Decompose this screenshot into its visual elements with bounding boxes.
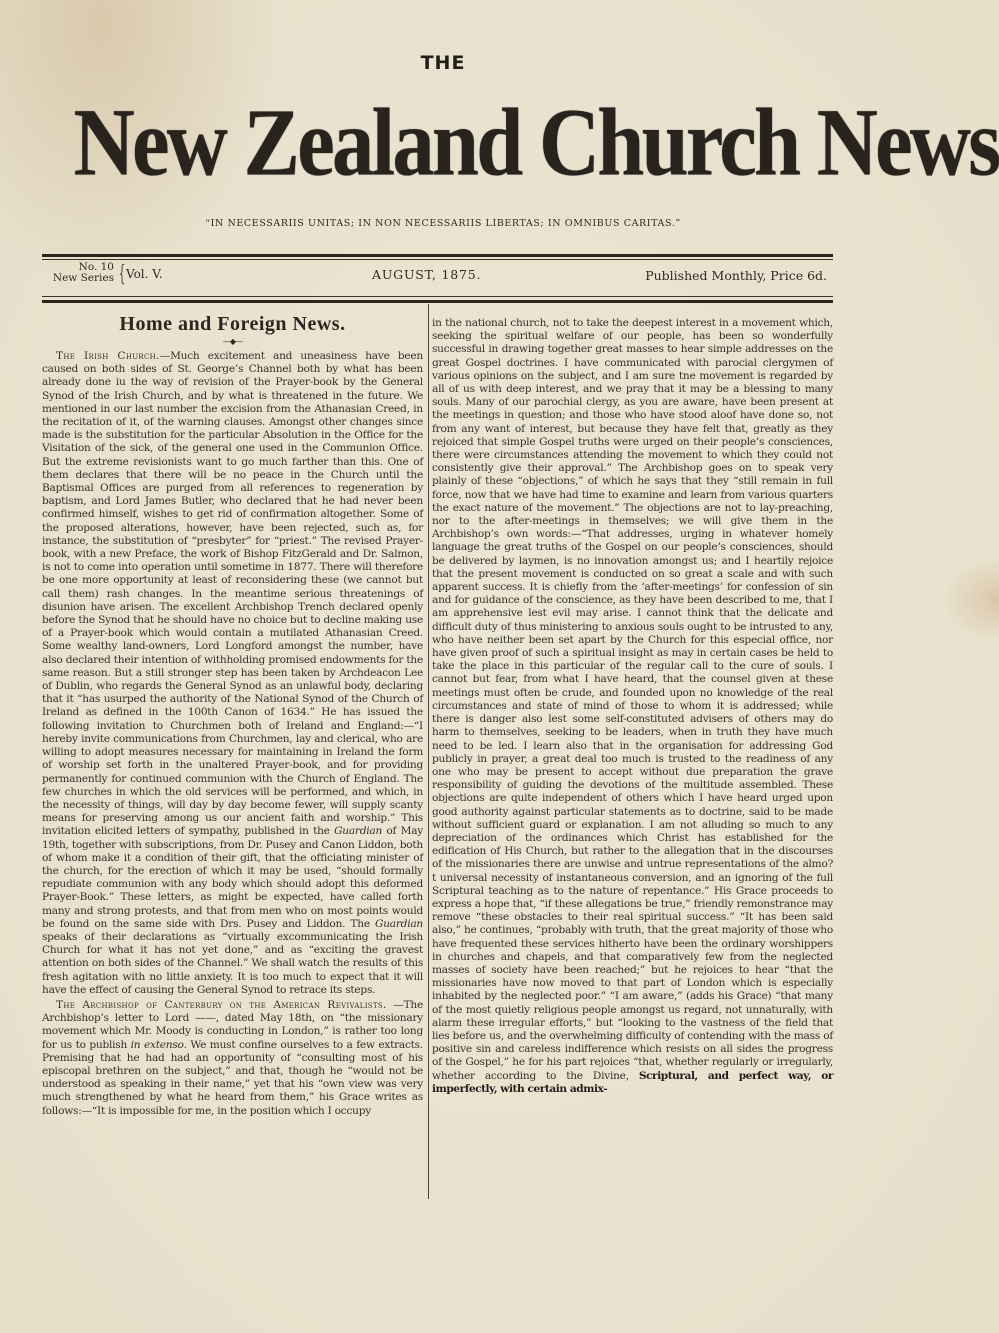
bottom-double-rule bbox=[42, 296, 833, 303]
article-body: speaks of their declarations as “virtual… bbox=[42, 931, 423, 996]
article-archbishop-continued: in the national church, not to take the … bbox=[432, 317, 833, 1096]
column-divider bbox=[428, 304, 429, 1199]
issue-info-bar: No. 10 New Series { Vol. V. AUGUST, 1875… bbox=[42, 262, 833, 294]
issue-volume: Vol. V. bbox=[126, 267, 163, 281]
series-block: No. 10 New Series bbox=[42, 262, 114, 284]
article-heading: The Irish Church. bbox=[56, 350, 160, 362]
top-double-rule bbox=[42, 254, 833, 260]
masthead-title: New Zealand Church News. bbox=[74, 77, 801, 208]
brace-icon: { bbox=[119, 264, 126, 286]
guardian-ref: Guardian bbox=[334, 825, 382, 837]
article-archbishop: The Archbishop of Canterbury on the Amer… bbox=[42, 999, 423, 1118]
article-body: —Much excitement and uneasiness have bee… bbox=[42, 350, 423, 837]
right-column: in the national church, not to take the … bbox=[432, 317, 833, 1096]
newspaper-page: THE New Zealand Church News. “IN NECESSA… bbox=[0, 0, 999, 1333]
section-title: Home and Foreign News. bbox=[42, 312, 423, 336]
in-extenso: in extenso bbox=[131, 1039, 184, 1051]
masthead-the: THE bbox=[0, 52, 886, 74]
article-heading: The Archbishop of Canterbury on the Amer… bbox=[56, 999, 387, 1011]
article-body: of May 19th, together with subscriptions… bbox=[42, 825, 423, 929]
masthead-motto: “IN NECESSARIIS UNITAS; IN NON NECESSARI… bbox=[0, 218, 886, 229]
issue-date: AUGUST, 1875. bbox=[372, 267, 481, 282]
guardian-ref: Guardian bbox=[375, 918, 423, 930]
left-column: Home and Foreign News. —◆— The Irish Chu… bbox=[42, 312, 423, 1118]
issue-price: Published Monthly, Price 6d. bbox=[645, 268, 827, 283]
article-body: in the national church, not to take the … bbox=[432, 317, 833, 1082]
article-irish-church: The Irish Church.—Much excitement and un… bbox=[42, 350, 423, 997]
issue-series: New Series bbox=[42, 273, 114, 284]
ornament-divider-icon: —◆— bbox=[42, 336, 423, 348]
